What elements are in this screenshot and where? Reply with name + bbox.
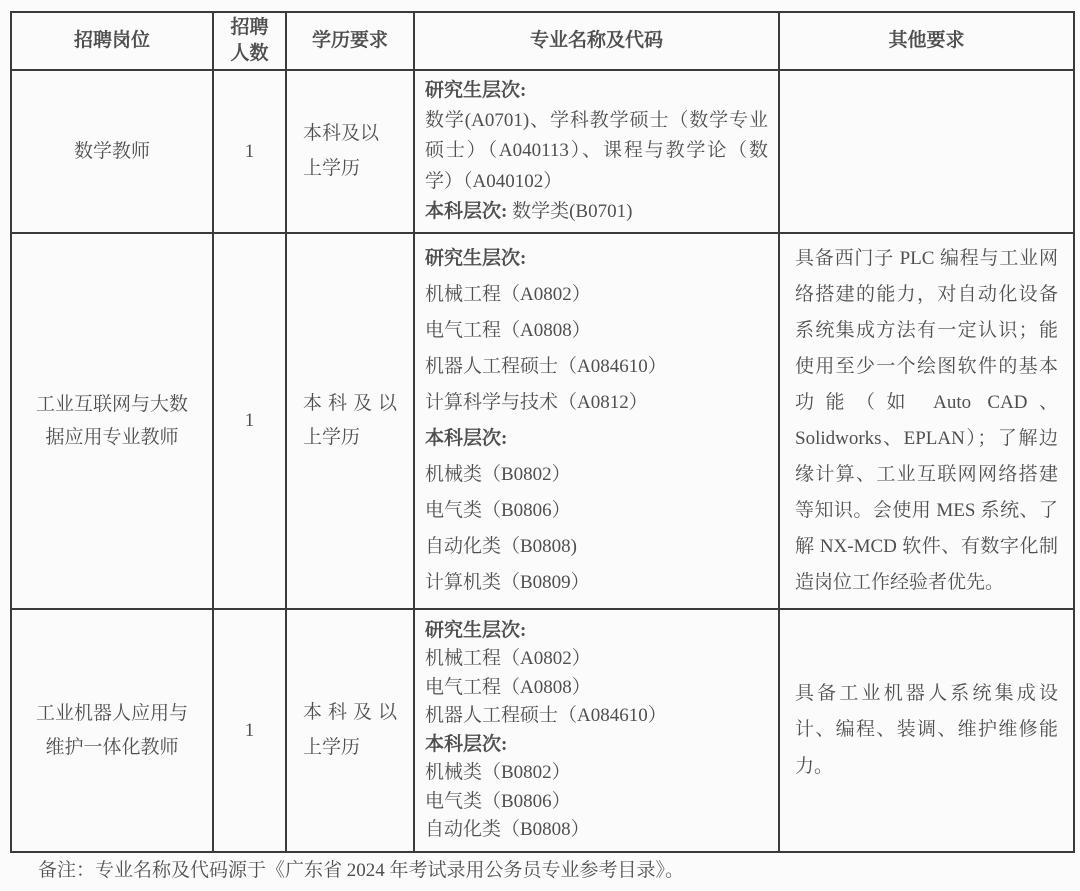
major-text: 机械类（B0802）	[425, 464, 571, 485]
major-text: 电气工程（A0808）	[425, 677, 591, 698]
major-text: 电气工程（A0808）	[425, 320, 591, 341]
column-header: 招聘岗位	[11, 12, 213, 70]
major-text: 机械工程（A0802）	[425, 284, 591, 305]
major-text: 自动化类（B0808)	[425, 536, 577, 557]
major-level-label: 研究生层次:	[425, 80, 526, 101]
major-line: 机械工程（A0802）	[425, 277, 768, 313]
major-text: 机器人工程硕士（A084610）	[425, 705, 667, 726]
column-header: 其他要求	[779, 12, 1074, 70]
page: 招聘岗位招聘人数学历要求专业名称及代码其他要求 数学教师1本科及以上学历研究生层…	[0, 0, 1080, 891]
headcount-cell: 1	[213, 609, 286, 852]
majors-cell: 研究生层次:机械工程（A0802）电气工程（A0808）机器人工程硕士（A084…	[414, 609, 779, 852]
headcount-cell: 1	[213, 70, 286, 233]
major-line: 本科层次:	[425, 731, 768, 760]
major-line: 电气类（B0806）	[425, 788, 768, 817]
major-line: 研究生层次:	[425, 76, 768, 106]
other-requirements-cell	[779, 70, 1074, 233]
major-line: 本科层次: 数学类(B0701)	[425, 197, 768, 227]
other-requirements-cell: 具备西门子 PLC 编程与工业网络搭建的能力，对自动化设备系统集成方法有一定认识…	[779, 233, 1074, 609]
education-cell: 本科及以上学历	[286, 70, 414, 233]
major-level-label: 本科层次:	[425, 428, 507, 449]
major-line: 本科层次:	[425, 421, 768, 457]
major-text: 电气类（B0806）	[425, 500, 571, 521]
major-line: 电气类（B0806）	[425, 493, 768, 529]
major-text: 机械类（B0802）	[425, 762, 571, 783]
major-text: 机器人工程硕士（A084610）	[425, 356, 667, 377]
major-text: 数学(A0701)、学科教学硕士（数学专业硕士）（A040113）、课程与教学论…	[425, 110, 768, 192]
position-cell: 数学教师	[11, 70, 213, 233]
major-line: 计算科学与技术（A0812）	[425, 385, 768, 421]
table-row: 数学教师1本科及以上学历研究生层次:数学(A0701)、学科教学硕士（数学专业硕…	[11, 70, 1074, 233]
major-line: 计算机类（B0809）	[425, 565, 768, 601]
major-line: 机器人工程硕士（A084610）	[425, 349, 768, 385]
major-line: 电气工程（A0808）	[425, 674, 768, 703]
major-text: 机械工程（A0802）	[425, 648, 591, 669]
major-line: 自动化类（B0808）	[425, 816, 768, 845]
major-line: 机械类（B0802）	[425, 457, 768, 493]
major-level-label: 本科层次:	[425, 201, 507, 222]
column-header: 招聘人数	[213, 12, 286, 70]
major-line: 电气工程（A0808）	[425, 313, 768, 349]
table-body: 数学教师1本科及以上学历研究生层次:数学(A0701)、学科教学硕士（数学专业硕…	[11, 70, 1074, 852]
recruitment-table: 招聘岗位招聘人数学历要求专业名称及代码其他要求 数学教师1本科及以上学历研究生层…	[10, 11, 1075, 853]
major-level-label: 研究生层次:	[425, 620, 526, 641]
major-text: 电气类（B0806）	[425, 791, 571, 812]
majors-cell: 研究生层次:数学(A0701)、学科教学硕士（数学专业硕士）（A040113）、…	[414, 70, 779, 233]
major-level-label: 本科层次:	[425, 734, 507, 755]
major-text: 计算机类（B0809）	[425, 572, 590, 593]
major-text: 计算科学与技术（A0812）	[425, 392, 648, 413]
major-line: 数学(A0701)、学科教学硕士（数学专业硕士）（A040113）、课程与教学论…	[425, 106, 768, 197]
education-cell: 本科及以上学历	[286, 233, 414, 609]
major-text: 自动化类（B0808）	[425, 819, 590, 840]
other-requirements-cell: 具备工业机器人系统集成设计、编程、装调、维护维修能力。	[779, 609, 1074, 852]
major-line: 研究生层次:	[425, 617, 768, 646]
column-header: 专业名称及代码	[414, 12, 779, 70]
position-cell: 工业机器人应用与维护一体化教师	[11, 609, 213, 852]
majors-cell: 研究生层次:机械工程（A0802）电气工程（A0808）机器人工程硕士（A084…	[414, 233, 779, 609]
major-level-label: 研究生层次:	[425, 248, 526, 269]
column-header: 学历要求	[286, 12, 414, 70]
headcount-cell: 1	[213, 233, 286, 609]
major-line: 机械工程（A0802）	[425, 645, 768, 674]
major-line: 研究生层次:	[425, 241, 768, 277]
footnote: 备注：专业名称及代码源于《广东省 2024 年考试录用公务员专业参考目录》。	[38, 855, 684, 882]
education-cell: 本科及以上学历	[286, 609, 414, 852]
table-header: 招聘岗位招聘人数学历要求专业名称及代码其他要求	[11, 12, 1074, 70]
table-row: 工业机器人应用与维护一体化教师1本科及以上学历研究生层次:机械工程（A0802）…	[11, 609, 1074, 852]
major-line: 自动化类（B0808)	[425, 529, 768, 565]
table-row: 工业互联网与大数据应用专业教师1本科及以上学历研究生层次:机械工程（A0802）…	[11, 233, 1074, 609]
position-cell: 工业互联网与大数据应用专业教师	[11, 233, 213, 609]
header-row: 招聘岗位招聘人数学历要求专业名称及代码其他要求	[11, 12, 1074, 70]
major-line: 机械类（B0802）	[425, 759, 768, 788]
major-line: 机器人工程硕士（A084610）	[425, 702, 768, 731]
major-text: 数学类(B0701)	[507, 201, 632, 222]
